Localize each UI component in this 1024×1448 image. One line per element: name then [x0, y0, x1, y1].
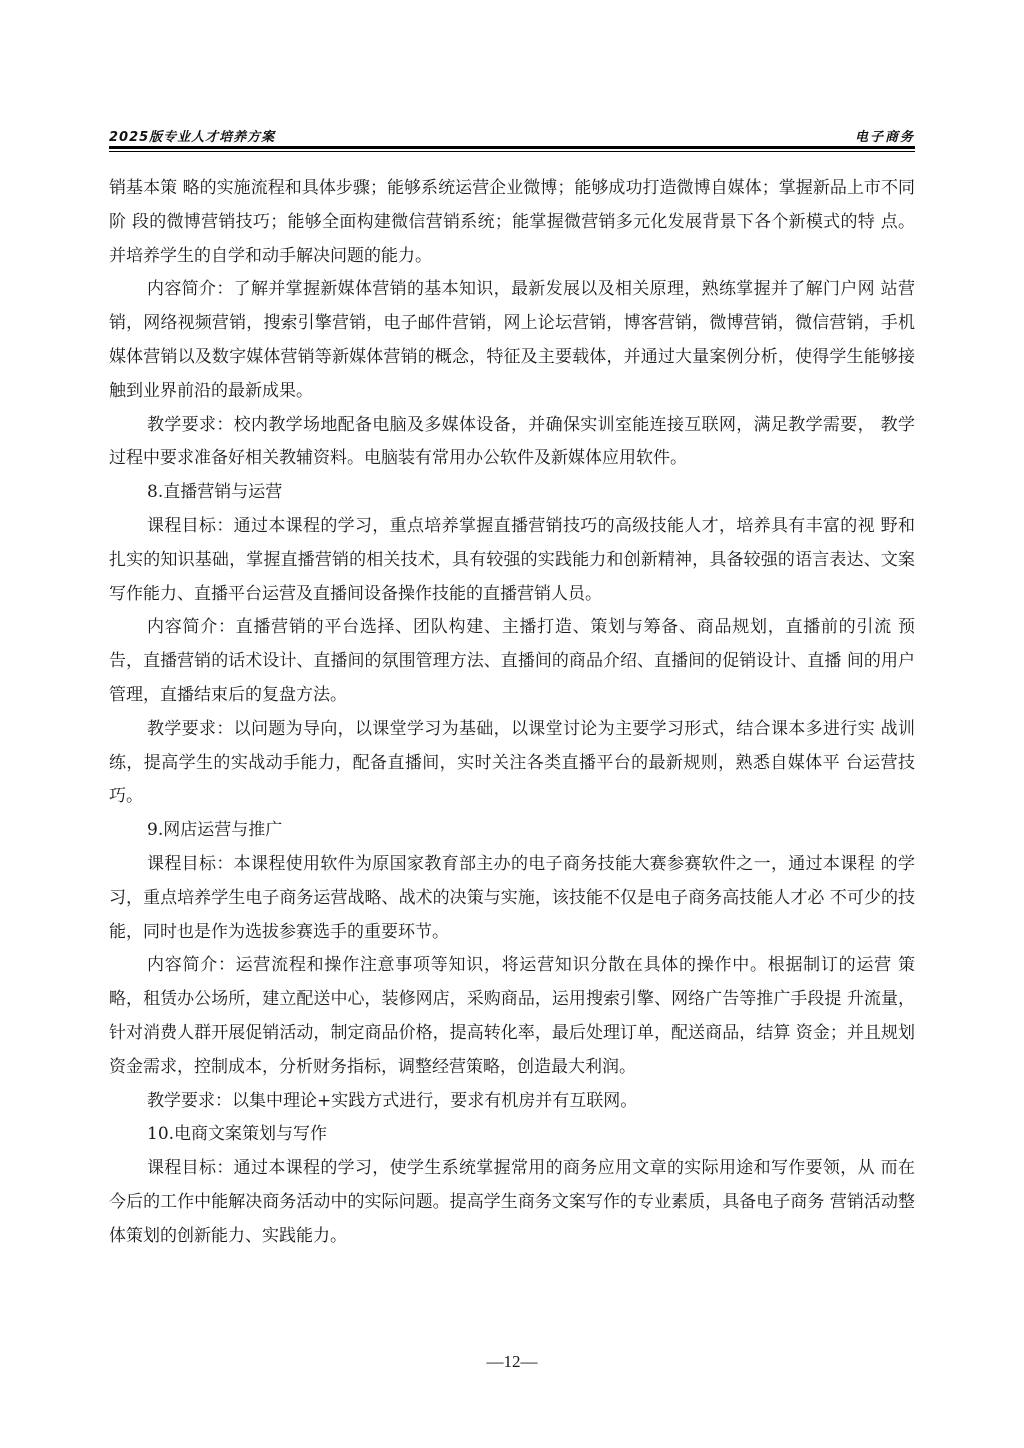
paragraph-content-intro: 内容简介：运营流程和操作注意事项等知识，将运营知识分散在具体的操作中。根据制订的… — [109, 949, 915, 1084]
document-title: 2025版专业人才培养方案 — [109, 126, 275, 145]
paragraph-course-goal: 课程目标：通过本课程的学习，重点培养掌握直播营销技巧的高级技能人才，培养具有丰富… — [109, 510, 915, 611]
header-rule-thin — [109, 151, 915, 152]
page-body: 销基本策 略的实施流程和具体步骤；能够系统运营企业微博；能够成功打造微博自媒体；… — [109, 172, 915, 1254]
paragraph-teaching-req: 教学要求：校内教学场地配备电脑及多媒体设备，并确保实训室能连接互联网，满足教学需… — [109, 409, 915, 477]
paragraph-continuation: 销基本策 略的实施流程和具体步骤；能够系统运营企业微博；能够成功打造微博自媒体；… — [109, 172, 915, 273]
section-heading-8: 8.直播营销与运营 — [109, 476, 915, 510]
paragraph-teaching-req: 教学要求：以问题为导向，以课堂学习为基础，以课堂讨论为主要学习形式，结合课本多进… — [109, 713, 915, 814]
major-name: 电子商务 — [855, 126, 915, 145]
section-heading-10: 10.电商文案策划与写作 — [109, 1118, 915, 1152]
page-header: 2025版专业人才培养方案 电子商务 — [109, 124, 915, 146]
paragraph-course-goal: 课程目标：通过本课程的学习，使学生系统掌握常用的商务应用文章的实际用途和写作要领… — [109, 1152, 915, 1253]
section-heading-9: 9.网店运营与推广 — [109, 814, 915, 848]
page-number: —12— — [0, 1352, 1024, 1372]
header-rule-thick — [109, 146, 915, 149]
paragraph-content-intro: 内容简介：了解并掌握新媒体营销的基本知识，最新发展以及相关原理，熟练掌握并了解门… — [109, 273, 915, 408]
paragraph-course-goal: 课程目标：本课程使用软件为原国家教育部主办的电子商务技能大赛参赛软件之一，通过本… — [109, 848, 915, 949]
paragraph-content-intro: 内容简介：直播营销的平台选择、团队构建、主播打造、策划与筹备、商品规划，直播前的… — [109, 611, 915, 712]
paragraph-teaching-req: 教学要求：以集中理论+实践方式进行，要求有机房并有互联网。 — [109, 1085, 915, 1119]
